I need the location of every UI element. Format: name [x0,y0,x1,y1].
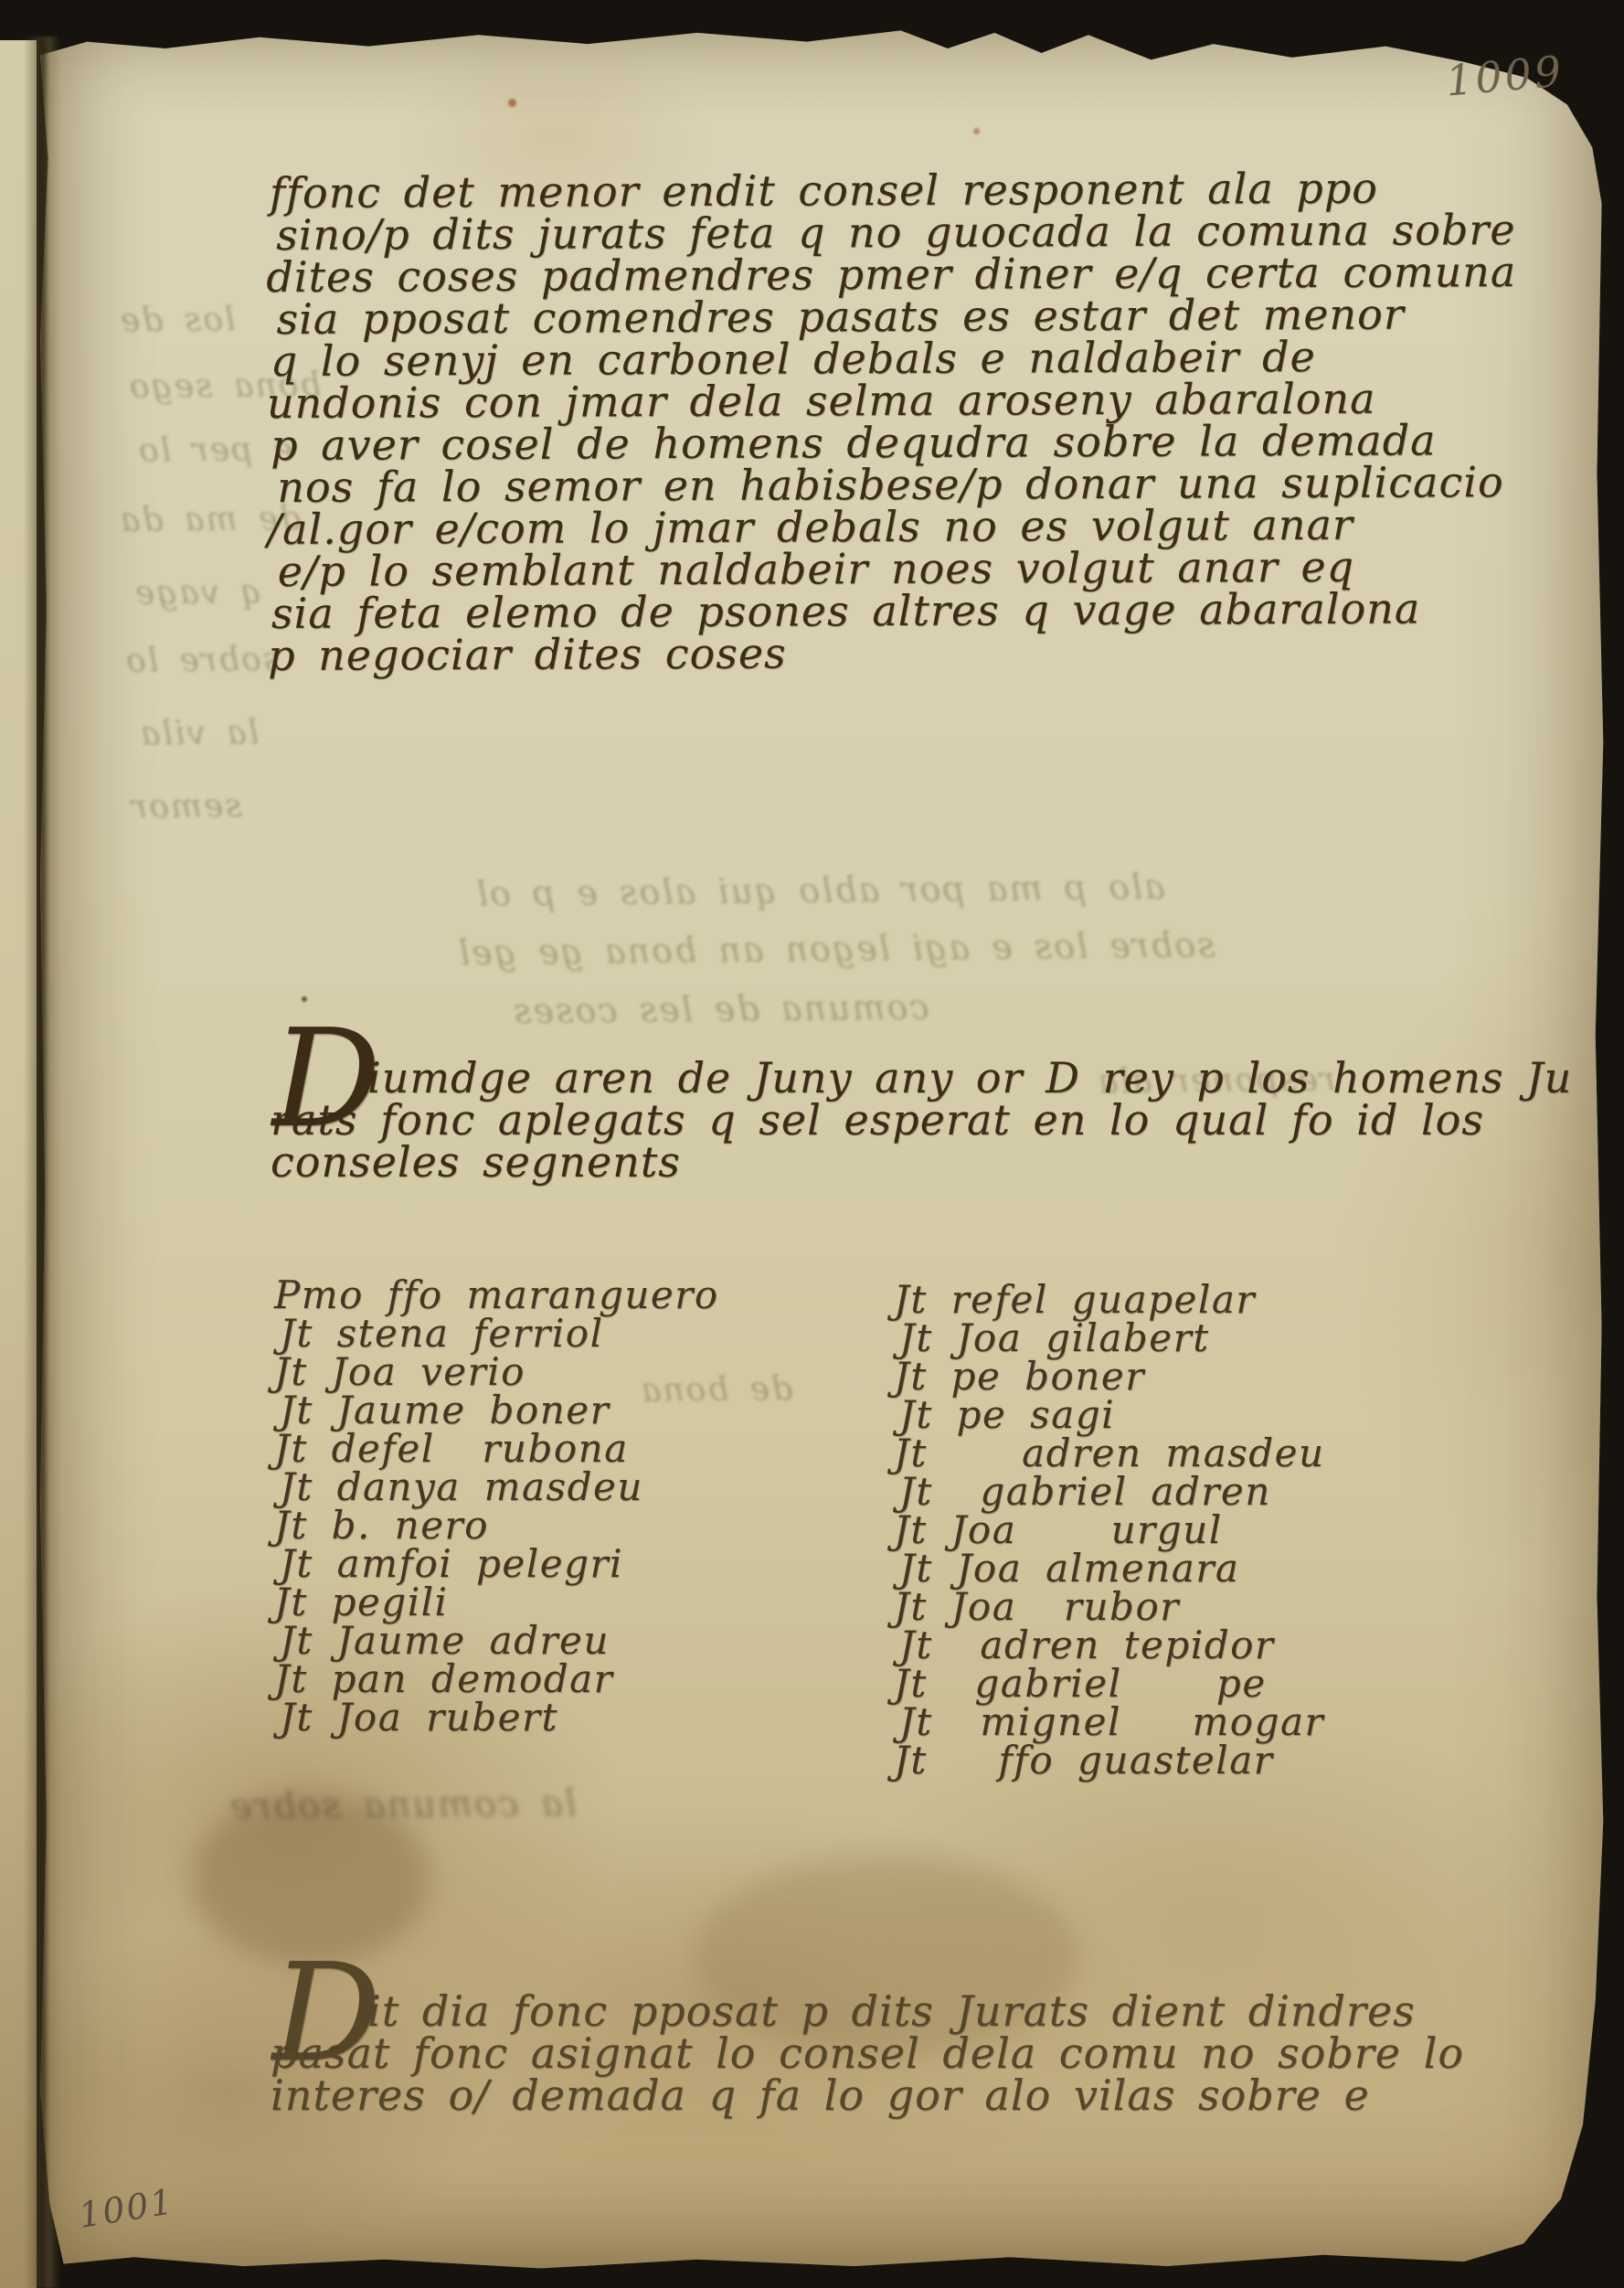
list-entry: Pmo ffo maranguero [274,1272,719,1311]
bleed-through-fragment: la vila [139,714,260,752]
list-entry: Jt Joa gilabert [899,1316,1325,1355]
bleed-through-fragment: la comuna sobre [228,1783,577,1828]
text-line: /al.gor e/com lo jmar debals no es volgu… [267,495,1517,542]
list-entry: Jt refel guapelar [894,1278,1325,1316]
bleed-through-fragment: sobre los e agi legon an bona ge gel [457,925,1215,974]
bleed-through-fragment: q vage [133,573,262,612]
list-entry: Jt pe boner [894,1355,1325,1393]
bleed-through-fragment: sobre lo [124,641,281,680]
list-entry: Jt Joa rubert [280,1695,719,1733]
text-line: ffonc det menor endit consel responent a… [270,158,1516,206]
text-line: iumdge aren de Juny any or D rey p los h… [271,1048,1572,1090]
list-entry: Jt gabriel pe [894,1662,1325,1700]
manuscript-photo: los de bona sego e per lo de ma da q vag… [0,0,1624,2288]
bleed-through-fragment: semor [130,787,242,825]
list-entry: Jt danya masdeu [280,1464,719,1503]
paragraph-3: it dia fonc pposat p dits Jurats dient d… [271,1982,1464,2108]
paragraph-1: ffonc det menor endit consel responent a… [270,158,1518,668]
gutter-crease [24,37,60,2288]
text-line: rats fonc aplegats q sel esperat en lo q… [271,1090,1572,1132]
text-line: sia pposat comendres pasats es estar det… [276,284,1516,332]
paragraph-2: iumdge aren de Juny any or D rey p los h… [271,1048,1572,1174]
text-line: undonis con jmar dela selma aroseny abar… [267,368,1517,416]
text-line: dites coses padmendres pmer diner e/q ce… [266,242,1516,290]
bleed-through-fragment: alo p ma por ablo qui alos e p ol [475,867,1165,914]
list-entry: Jt Joa verio [274,1349,719,1388]
text-line: p aver cosel de homens dequdra sobre la … [271,410,1517,458]
list-entry: Jt Jaume boner [280,1388,719,1426]
list-entry: Jt Joa almenara [899,1547,1325,1585]
rust-spot [973,128,980,134]
list-entry: Jt adren masdeu [894,1431,1325,1470]
list-entry: Jt amfoi pelegri [280,1541,719,1580]
list-entry: Jt pan demodar [274,1656,719,1695]
rust-spot [508,99,516,107]
list-entry: Jt Jaume adreu [280,1618,719,1656]
council-list-left: Pmo ffo maranguero Jt stena ferriol Jt J… [274,1272,719,1733]
list-entry: Jt gabriel adren [899,1470,1325,1508]
list-entry: Jt adren tepidor [899,1623,1325,1662]
text-line: sia feta elemo de psones altres q vage a… [271,579,1518,626]
bleed-through-fragment: los de [119,301,236,339]
text-line: interes o/ demada q fa lo gor alo vilas … [271,2066,1464,2108]
list-entry: Jt Joa rubor [894,1585,1325,1623]
list-entry: Jt ffo guastelar [894,1739,1325,1777]
text-line: it dia fonc pposat p dits Jurats dient d… [271,1982,1464,2024]
bleed-through-fragment: comuna de les coses [512,987,929,1032]
list-entry: Jt pe sagi [899,1393,1325,1431]
list-entry: Jt Joa urgul [894,1508,1325,1547]
text-line: pasat fonc asignat lo consel dela comu n… [271,2024,1464,2066]
text-line: e/p lo semblant naldabeir noes volgut an… [278,537,1518,584]
list-entry: Jt defel rubona [274,1426,719,1464]
folio-number-top: 1009 [1444,46,1566,105]
list-entry: Jt mignel mogar [899,1700,1325,1739]
text-line: sino/p dits jurats feta q no guocada la … [276,200,1516,248]
council-list-right: Jt refel guapelar Jt Joa gilabert Jt pe … [894,1278,1325,1777]
text-line: nos fa lo semor en habisbese/p donar una… [277,452,1517,500]
